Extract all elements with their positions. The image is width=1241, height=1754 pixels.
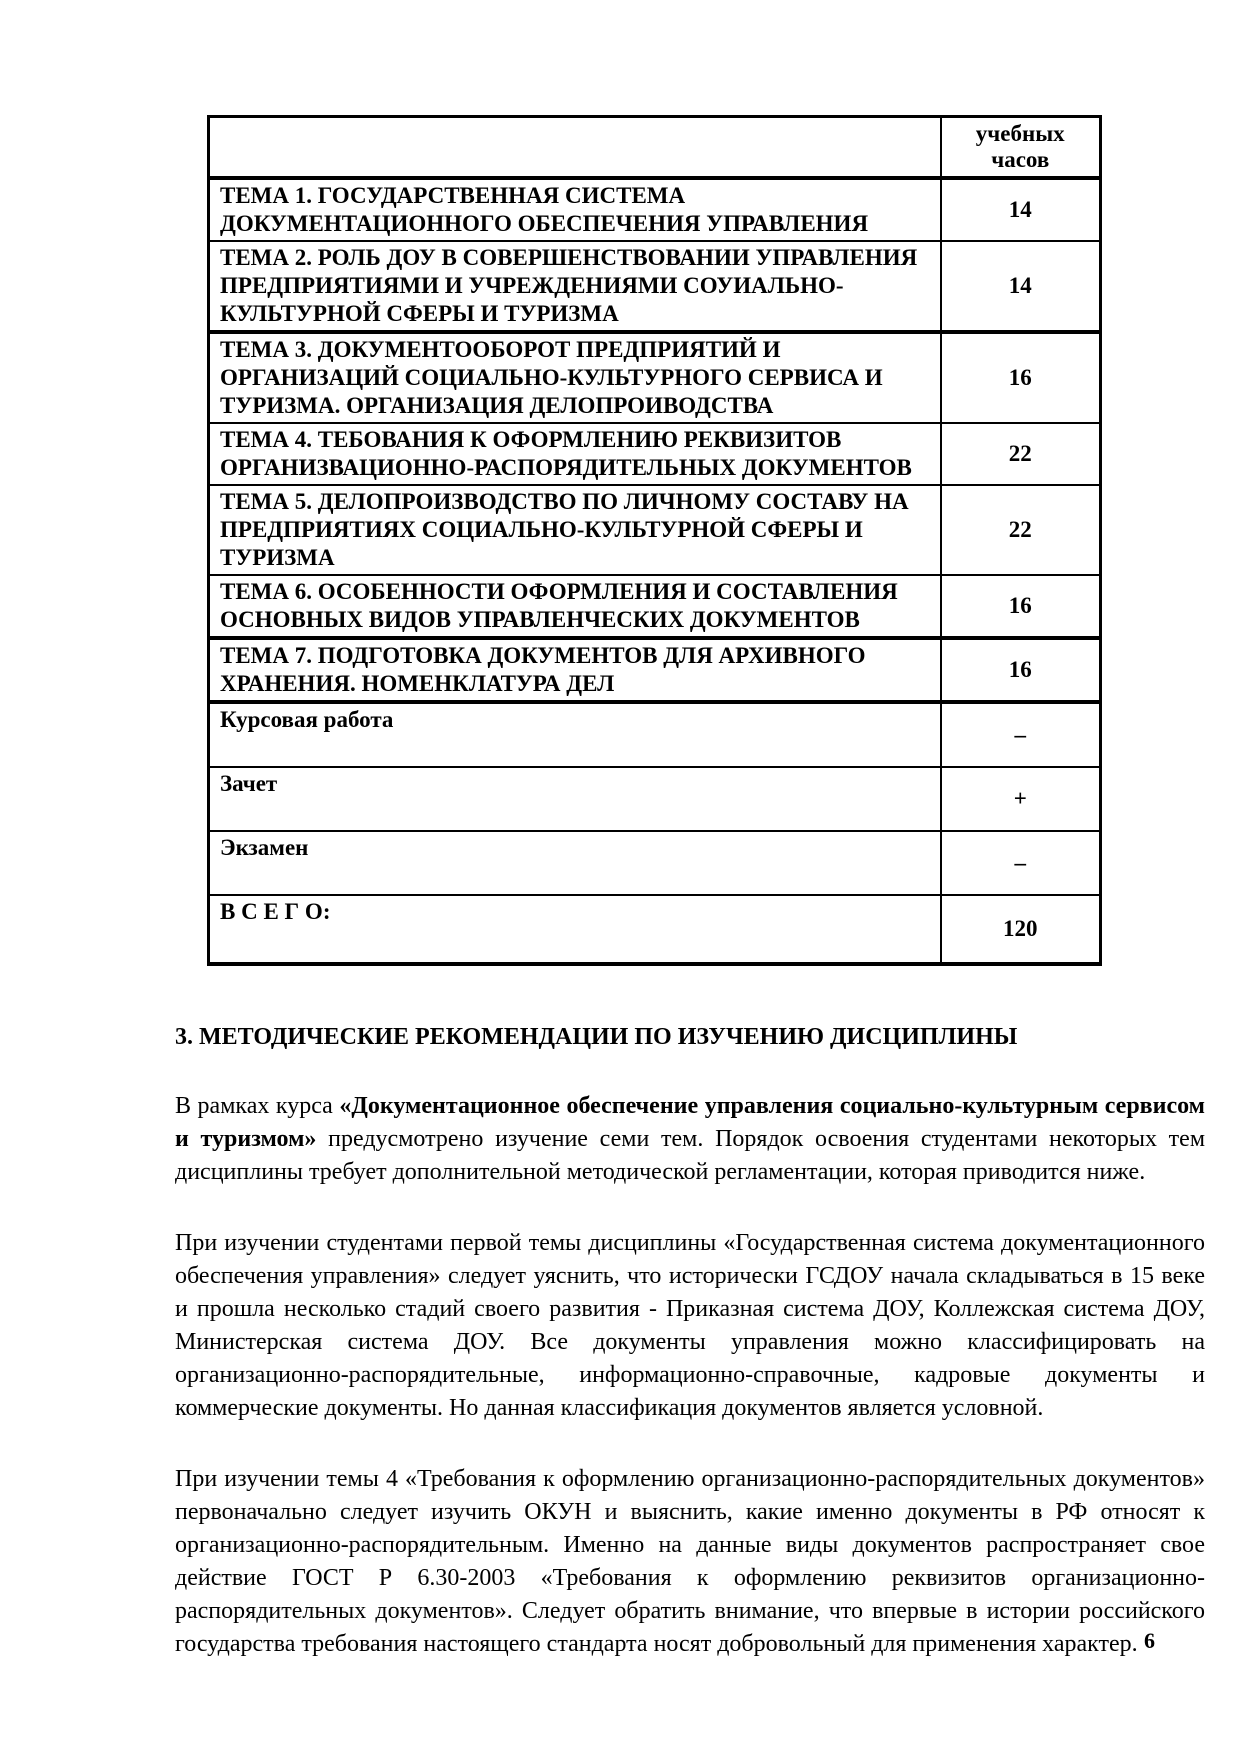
table-row: ТЕМА 4. ТЕБОВАНИЯ К ОФОРМЛЕНИЮ РЕКВИЗИТО… [209, 423, 1101, 485]
page-content: учебных часов ТЕМА 1. ГОСУДАРСТВЕННАЯ СИ… [175, 0, 1205, 1661]
table-row: В С Е Г О: 120 [209, 895, 1101, 964]
table-row: ТЕМА 7. ПОДГОТОВКА ДОКУМЕНТОВ ДЛЯ АРХИВН… [209, 638, 1101, 702]
topic-cell: Курсовая работа [209, 702, 941, 767]
document-page: учебных часов ТЕМА 1. ГОСУДАРСТВЕННАЯ СИ… [0, 0, 1241, 1754]
topic-cell: ТЕМА 5. ДЕЛОПРОИЗВОДСТВО ПО ЛИЧНОМУ СОСТ… [209, 485, 941, 575]
table-row: ТЕМА 1. ГОСУДАРСТВЕННАЯ СИСТЕМА ДОКУМЕНТ… [209, 178, 1101, 241]
section-heading: 3. МЕТОДИЧЕСКИЕ РЕКОМЕНДАЦИИ ПО ИЗУЧЕНИЮ… [175, 1022, 1205, 1052]
topic-cell: Зачет [209, 767, 941, 831]
topic-cell: ТЕМА 7. ПОДГОТОВКА ДОКУМЕНТОВ ДЛЯ АРХИВН… [209, 638, 941, 702]
topic-cell: ТЕМА 1. ГОСУДАРСТВЕННАЯ СИСТЕМА ДОКУМЕНТ… [209, 178, 941, 241]
table-row: Курсовая работа – [209, 702, 1101, 767]
paragraph-intro-post: предусмотрено изучение семи тем. Порядок… [175, 1126, 1205, 1185]
empty-header-cell [209, 117, 941, 179]
hours-column-header: учебных часов [941, 117, 1101, 179]
table-row: ТЕМА 6. ОСОБЕННОСТИ ОФОРМЛЕНИЯ И СОСТАВЛ… [209, 575, 1101, 638]
hours-cell: 120 [941, 895, 1101, 964]
table-row: ТЕМА 3. ДОКУМЕНТООБОРОТ ПРЕДПРИЯТИЙ И ОР… [209, 332, 1101, 423]
hours-cell: 16 [941, 638, 1101, 702]
table-row: ТЕМА 5. ДЕЛОПРОИЗВОДСТВО ПО ЛИЧНОМУ СОСТ… [209, 485, 1101, 575]
paragraph-topic4: При изучении темы 4 «Требования к оформл… [175, 1463, 1205, 1661]
table-row: ТЕМА 2. РОЛЬ ДОУ В СОВЕРШЕНСТВОВАНИИ УПР… [209, 241, 1101, 332]
topic-cell: ТЕМА 2. РОЛЬ ДОУ В СОВЕРШЕНСТВОВАНИИ УПР… [209, 241, 941, 332]
paragraph-topic1: При изучении студентами первой темы дисц… [175, 1227, 1205, 1425]
table-header: учебных часов [209, 117, 1101, 179]
hours-cell: – [941, 831, 1101, 895]
hours-cell: 16 [941, 575, 1101, 638]
page-number: 6 [1144, 1628, 1155, 1654]
course-hours-table: учебных часов ТЕМА 1. ГОСУДАРСТВЕННАЯ СИ… [207, 115, 1102, 966]
topic-cell: ТЕМА 4. ТЕБОВАНИЯ К ОФОРМЛЕНИЮ РЕКВИЗИТО… [209, 423, 941, 485]
paragraph-intro-pre: В рамках курса [175, 1093, 339, 1119]
table-row: Экзамен – [209, 831, 1101, 895]
course-table-body: ТЕМА 1. ГОСУДАРСТВЕННАЯ СИСТЕМА ДОКУМЕНТ… [209, 178, 1101, 964]
table-row: Зачет + [209, 767, 1101, 831]
topic-cell: ТЕМА 6. ОСОБЕННОСТИ ОФОРМЛЕНИЯ И СОСТАВЛ… [209, 575, 941, 638]
hours-cell: 22 [941, 485, 1101, 575]
hours-cell: 14 [941, 241, 1101, 332]
hours-cell: – [941, 702, 1101, 767]
topic-cell: Экзамен [209, 831, 941, 895]
topic-cell: В С Е Г О: [209, 895, 941, 964]
hours-cell: 22 [941, 423, 1101, 485]
table-header-row: учебных часов [209, 117, 1101, 179]
paragraph-intro: В рамках курса «Документационное обеспеч… [175, 1090, 1205, 1189]
hours-cell: 16 [941, 332, 1101, 423]
hours-cell: 14 [941, 178, 1101, 241]
hours-cell: + [941, 767, 1101, 831]
topic-cell: ТЕМА 3. ДОКУМЕНТООБОРОТ ПРЕДПРИЯТИЙ И ОР… [209, 332, 941, 423]
